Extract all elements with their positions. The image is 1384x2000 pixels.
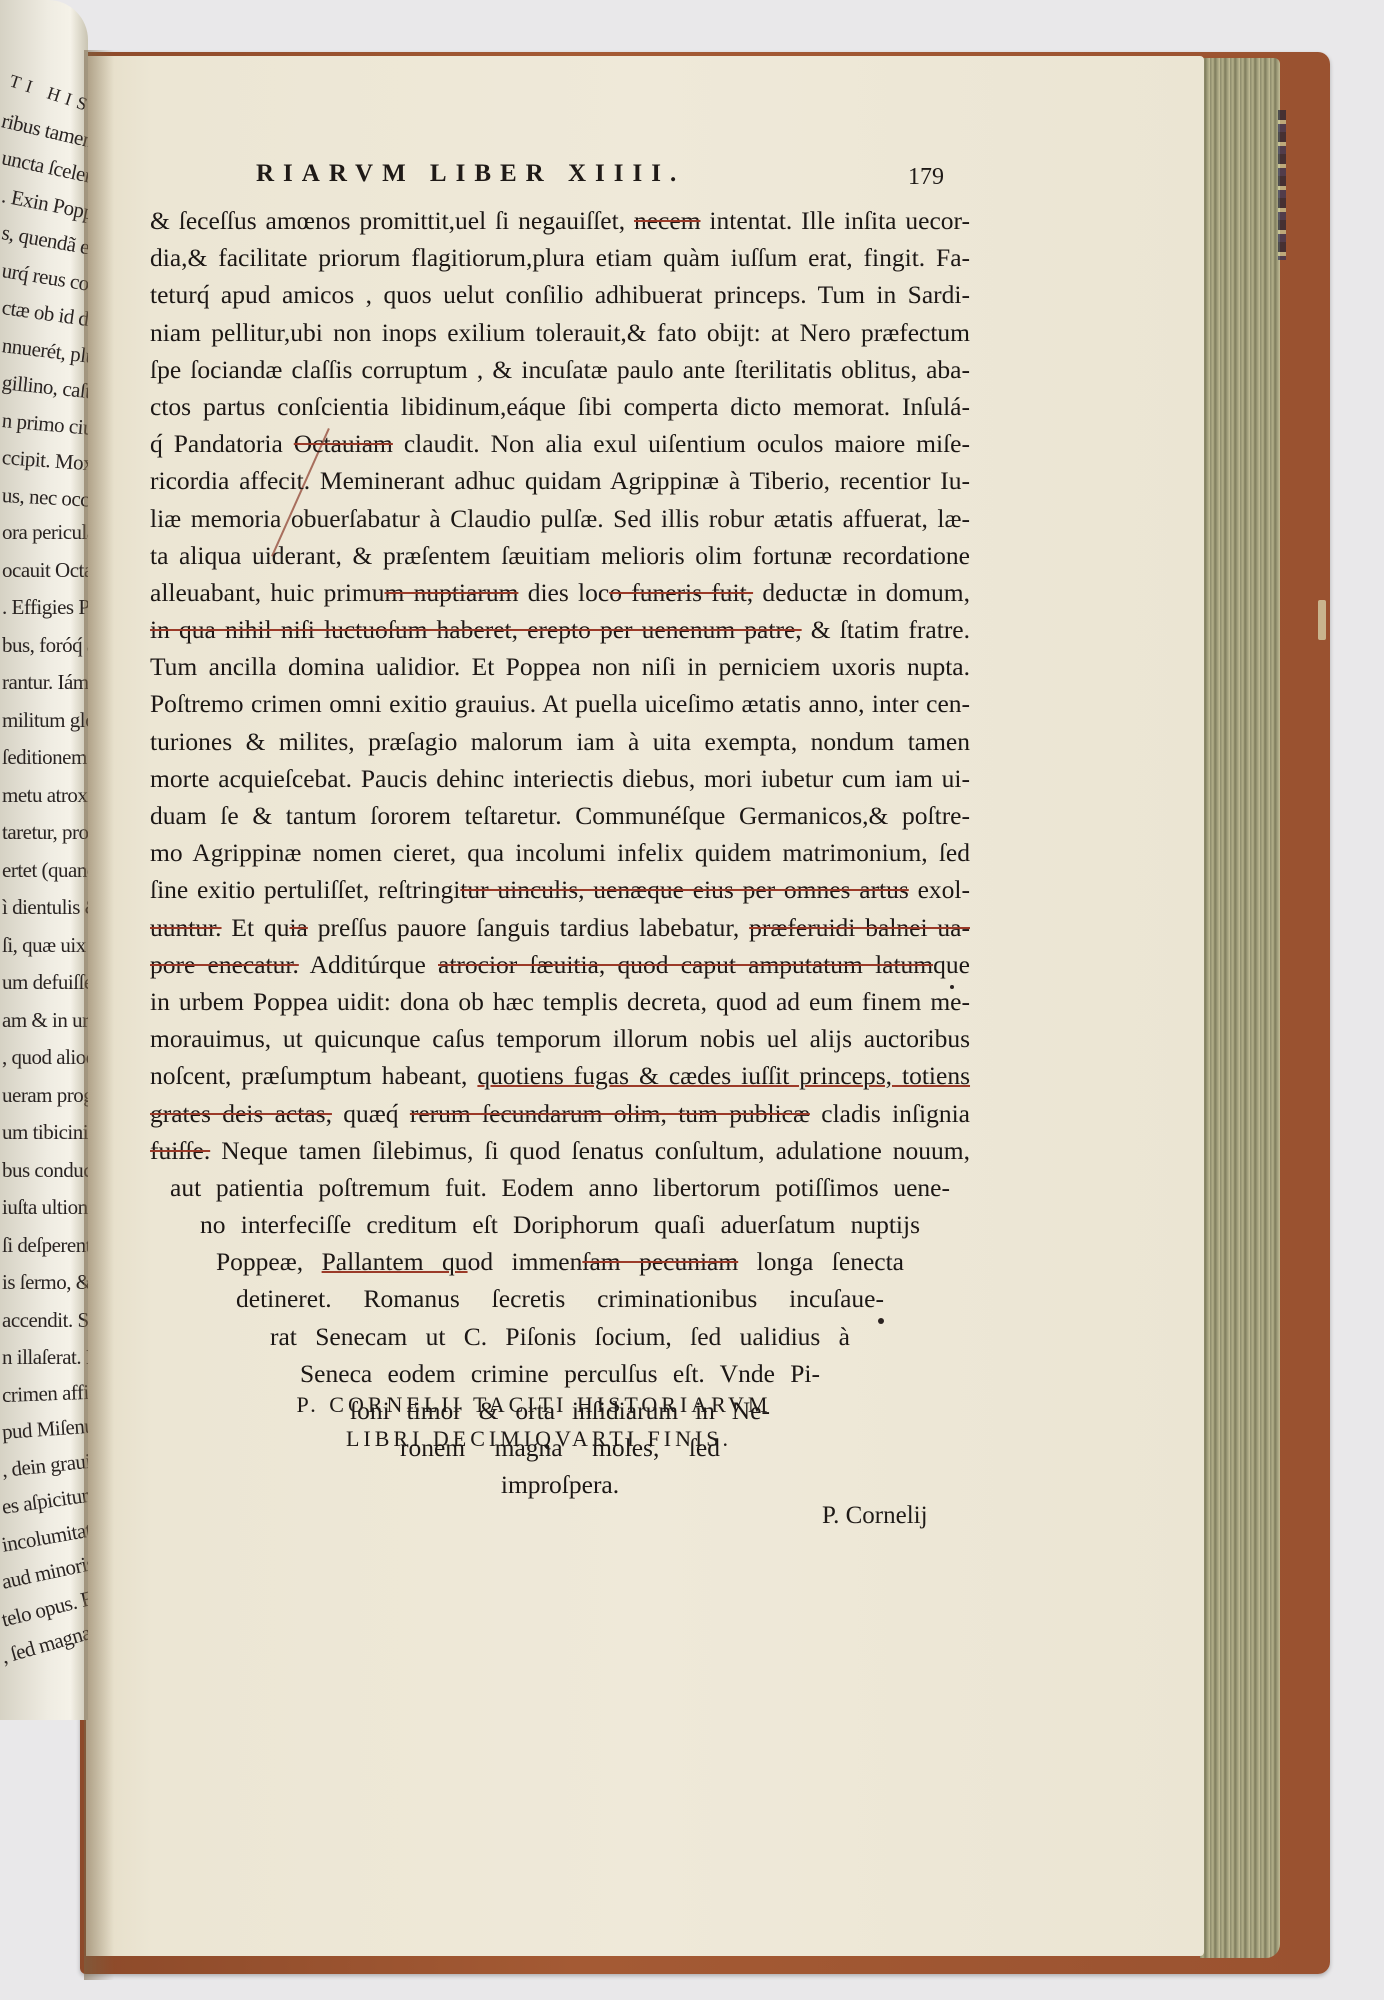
left-page-text-fragment: es aſpicitur. Ig bbox=[0, 1480, 88, 1520]
text-segment: deductæ in domum, bbox=[753, 578, 970, 607]
page-tab bbox=[1318, 600, 1326, 640]
struck-text: grates deis actas, bbox=[150, 1099, 332, 1128]
left-page-text-fragment: bus, foróq́ ac temp bbox=[2, 633, 88, 658]
left-page-text-fragment: iuſta ultione, & m bbox=[2, 1195, 88, 1220]
left-page-text-fragment: . Effigies Poppeæ bbox=[2, 595, 88, 620]
left-page-text-fragment: nnuerét, plures perſi bbox=[0, 333, 88, 377]
text-line: alleuabant, huic primum nuptiarum dies l… bbox=[150, 574, 970, 611]
text-segment: teturq́ apud amicos , quos uelut conſili… bbox=[150, 280, 970, 309]
left-page-text-fragment: ì dientulis & ſeruit bbox=[2, 895, 88, 920]
text-line: morauimus, ut quicunque caſus temporum i… bbox=[150, 1020, 970, 1057]
text-segment: preſſus pauore ſanguis tardius labebatur… bbox=[308, 913, 749, 942]
left-page-text-fragment: rantur. Iámque & bbox=[2, 670, 88, 695]
text-segment: ſine exitio pertuliſſet, reſtringi bbox=[150, 875, 460, 904]
text-segment: & ſtatim fratre. bbox=[802, 615, 970, 644]
text-line: Poſtremo crimen omni exitio grauius. At … bbox=[150, 685, 970, 722]
colophon-line-2: LIBRI DECIMIQVARTI FINIS. bbox=[214, 1422, 854, 1456]
text-line: liæ memoria obuerſabatur à Claudio pulſæ… bbox=[150, 500, 970, 537]
text-line: ſine exitio pertuliſſet, reſtringitur ui… bbox=[150, 871, 970, 908]
struck-text: tur uinculis, uenæque eius per omnes art… bbox=[460, 875, 909, 904]
catchword: P. Cornelij bbox=[822, 1502, 928, 1530]
page-fore-edge bbox=[1200, 58, 1280, 1958]
struck-text: atrocior ſæuitia, quod caput amputatum l… bbox=[438, 950, 933, 979]
left-page-text-fragment: taretur, prouolu bbox=[2, 820, 88, 845]
text-line: q́ Pandatoria Octauiam claudit. Non alia… bbox=[150, 425, 970, 462]
text-line: mo Agrippinæ nomen cieret, qua incolumi … bbox=[150, 834, 970, 871]
text-segment: ricordia affecit. Meminerant adhuc quida… bbox=[150, 466, 970, 495]
text-line: ctos partus conſcientia libidinum,eáque … bbox=[150, 388, 970, 425]
text-segment: mo Agrippinæ nomen cieret, qua incolumi … bbox=[150, 838, 970, 867]
text-segment: & ſeceſſus amœnos promittit,uel ſi negau… bbox=[150, 206, 634, 235]
text-segment: ta aliqua uiderant, & præſentem ſæuitiam… bbox=[150, 541, 970, 570]
text-segment: que bbox=[933, 950, 970, 979]
text-segment: Et qu bbox=[222, 913, 290, 942]
text-segment: no interfeciſſe creditum eſt Doriphorum … bbox=[200, 1210, 920, 1239]
text-line: turiones & milites, præſagio malorum iam… bbox=[150, 723, 970, 760]
text-line: niam pellitur,ubi non inops exilium tole… bbox=[150, 314, 970, 351]
gutter-shadow bbox=[84, 50, 114, 1980]
underlined-text: quotiens fugas & cædes iuſſit princeps, … bbox=[477, 1061, 970, 1090]
left-page-text-fragment: us, nec occulti per u bbox=[1, 483, 88, 516]
left-page-text-fragment: militum globi uer bbox=[2, 708, 88, 733]
left-page-text-fragment: ora pericula ſunt. H bbox=[2, 520, 88, 545]
struck-text: uuntur. bbox=[150, 913, 222, 942]
left-page-text-fragment: gillino, caſtiora eſſe bbox=[1, 370, 88, 411]
text-segment: exol- bbox=[909, 875, 970, 904]
text-line: rat Senecam ut C. Piſonis ſocium, ſed ua… bbox=[270, 1318, 850, 1355]
left-page-text-fragment: n illaſerat. Ergo co bbox=[2, 1345, 88, 1370]
text-segment: morauimus, ut quicunque caſus temporum i… bbox=[150, 1024, 970, 1053]
left-page-text-fragment: ertet (quanquam bbox=[2, 858, 88, 883]
text-line: pore enecatur. Additúrque atrocior ſæuit… bbox=[150, 946, 970, 983]
text-line: ricordia affecit. Meminerant adhuc quida… bbox=[150, 462, 970, 499]
text-segment: duam ſe & tantum ſororem teſtaretur. Com… bbox=[150, 801, 970, 830]
struck-text: m nuptiarum bbox=[385, 578, 519, 607]
running-head: RIARVM LIBER XIIII. bbox=[256, 160, 685, 188]
text-segment: intentat. Ille inſita uecor- bbox=[701, 206, 970, 235]
text-segment: cladis inſignia bbox=[810, 1099, 970, 1128]
text-segment: turiones & milites, præſagio malorum iam… bbox=[150, 727, 970, 756]
text-segment: liæ memoria obuerſabatur à Claudio pulſæ… bbox=[150, 504, 970, 533]
left-page-text-fragment: um defuiſſe, qui bbox=[2, 970, 88, 995]
text-line: ſpe ſociandæ claſſis corruptum , & incuſ… bbox=[150, 351, 970, 388]
struck-text: pore enecatur. bbox=[150, 950, 299, 979]
text-line: Seneca eodem crimine perculſus eſt. Vnde… bbox=[300, 1355, 820, 1392]
text-line: in qua nihil niſi luctuoſum haberet, ere… bbox=[150, 611, 970, 648]
left-page-text-fragment: um tibicinis Ægyp bbox=[2, 1120, 88, 1145]
left-page-text-fragment: metu atrox, ne au bbox=[2, 783, 88, 808]
text-line: noſcent, præſumptum habeant, quotiens fu… bbox=[150, 1057, 970, 1094]
left-page-text-fragment: ſeditionem uertera bbox=[2, 745, 88, 770]
struck-text: rerum ſecundarum olim, tum publicæ bbox=[410, 1099, 810, 1128]
text-segment: morte acquieſcebat. Paucis dehinc interi… bbox=[150, 764, 970, 793]
text-segment: q́ Pandatoria bbox=[150, 429, 294, 458]
text-line: morte acquieſcebat. Paucis dehinc interi… bbox=[150, 760, 970, 797]
left-page-text-fragment: accendit. Sed pa bbox=[2, 1308, 88, 1333]
text-line: detineret. Romanus ſecretis criminationi… bbox=[236, 1280, 884, 1317]
ink-dot bbox=[950, 985, 954, 989]
text-segment: od immen bbox=[468, 1247, 583, 1276]
left-page-text-fragment: bus conducat, libe bbox=[2, 1158, 88, 1183]
text-segment: aut patientia poſtremum fuit. Eodem anno… bbox=[170, 1173, 950, 1202]
text-line: teturq́ apud amicos , quos uelut conſili… bbox=[150, 276, 970, 313]
text-segment: Additúrque bbox=[299, 950, 438, 979]
text-line: improſpera. bbox=[450, 1466, 670, 1503]
text-segment: Poppeæ, bbox=[216, 1247, 322, 1276]
struck-text: ia bbox=[289, 913, 307, 942]
struck-text: o funeris fuit, bbox=[609, 578, 753, 607]
text-segment: alleuabant, huic primu bbox=[150, 578, 385, 607]
text-segment: claudit. Non alia exul uiſentium oculos … bbox=[393, 429, 970, 458]
text-line: fuiſſe. Neque tamen ſilebimus, ſi quod ſ… bbox=[150, 1132, 970, 1169]
text-segment: noſcent, præſumptum habeant, bbox=[150, 1061, 477, 1090]
text-line: Poppeæ, Pallantem quod immenſam pecuniam… bbox=[216, 1243, 904, 1280]
left-page-text-fragment: , quod alioquin fu bbox=[2, 1045, 88, 1070]
text-segment: ctos partus conſcientia libidinum,eáque … bbox=[150, 392, 970, 421]
left-page-text-fragment: ſi, quæ uix bello e bbox=[2, 933, 88, 958]
text-segment: Tum ancilla domina ualidior. Et Poppea n… bbox=[150, 652, 970, 681]
text-segment: rat Senecam ut C. Piſonis ſocium, ſed ua… bbox=[270, 1322, 850, 1351]
text-segment: Poſtremo crimen omni exitio grauius. At … bbox=[150, 689, 970, 718]
text-line: aut patientia poſtremum fuit. Eodem anno… bbox=[170, 1169, 950, 1206]
text-line: uuntur. Et quia preſſus pauore ſanguis t… bbox=[150, 909, 970, 946]
left-page-text-fragment: ueram progenien bbox=[2, 1083, 88, 1108]
text-segment: improſpera. bbox=[501, 1470, 619, 1499]
text-segment: quæq́ bbox=[332, 1099, 410, 1128]
left-page-text-fragment: ocauit Octauiam, bbox=[2, 558, 88, 583]
ink-dot bbox=[878, 1318, 884, 1324]
colophon: P. CORNELII TACITI HISTORIARVM LIBRI DEC… bbox=[214, 1388, 854, 1456]
text-segment: Seneca eodem crimine perculſus eſt. Vnde… bbox=[300, 1359, 820, 1388]
struck-text: ſam pecuniam bbox=[582, 1247, 738, 1276]
struck-text: fuiſſe. bbox=[150, 1136, 210, 1165]
left-page: TI HISTOribus tamen habituuncta ſcelerum… bbox=[0, 0, 88, 1720]
text-line: Tum ancilla domina ualidior. Et Poppea n… bbox=[150, 648, 970, 685]
text-line: in urbem Poppea uidit: dona ob hæc templ… bbox=[150, 983, 970, 1020]
headband bbox=[1278, 110, 1286, 260]
struck-text: necem bbox=[634, 206, 701, 235]
struck-text: in qua nihil niſi luctuoſum haberet, ere… bbox=[150, 615, 802, 644]
left-page-text-fragment: ccipit. Mox in Cam bbox=[1, 445, 88, 481]
text-segment: dies loc bbox=[518, 578, 609, 607]
text-line: ta aliqua uiderant, & præſentem ſæuitiam… bbox=[150, 537, 970, 574]
text-segment: detineret. Romanus ſecretis criminationi… bbox=[236, 1284, 884, 1313]
left-page-text-fragment: , dein grauiore o bbox=[1, 1444, 88, 1482]
left-page-text-fragment: am & in urbem ip bbox=[2, 1008, 88, 1033]
text-line: & ſeceſſus amœnos promittit,uel ſi negau… bbox=[150, 202, 970, 239]
text-line: no interfeciſſe creditum eſt Doriphorum … bbox=[200, 1206, 920, 1243]
left-page-text-fragment: crimen affingeretur bbox=[2, 1377, 88, 1407]
text-line: dia,& facilitate priorum flagitiorum,plu… bbox=[150, 239, 970, 276]
text-line: duam ſe & tantum ſororem teſtaretur. Com… bbox=[150, 797, 970, 834]
colophon-line-1: P. CORNELII TACITI HISTORIARVM bbox=[214, 1388, 854, 1422]
left-page-text-fragment: ſi deſperent uxore bbox=[2, 1233, 88, 1258]
struck-text: præferuidi balnei ua- bbox=[749, 913, 970, 942]
struck-text: Octauiam bbox=[294, 429, 393, 458]
body-text: & ſeceſſus amœnos promittit,uel ſi negau… bbox=[150, 202, 970, 1504]
text-line: grates deis actas, quæq́ rerum ſecundaru… bbox=[150, 1095, 970, 1132]
page-number: 179 bbox=[908, 164, 944, 191]
text-segment: dia,& facilitate priorum flagitiorum,plu… bbox=[150, 243, 970, 272]
text-segment: in urbem Poppea uidit: dona ob hæc templ… bbox=[150, 987, 970, 1016]
text-segment: longa ſenecta bbox=[738, 1247, 904, 1276]
left-page-text-fragment: pud Miſenum, ut bbox=[1, 1411, 88, 1445]
text-segment: niam pellitur,ubi non inops exilium tole… bbox=[150, 318, 970, 347]
left-page-text-fragment: n primo ciuilis diſſid bbox=[1, 408, 88, 447]
underlined-text: Pallantem qu bbox=[322, 1247, 468, 1276]
text-segment: Neque tamen ſilebimus, ſi quod ſenatus c… bbox=[210, 1136, 970, 1165]
text-segment: ſpe ſociandæ claſſis corruptum , & incuſ… bbox=[150, 355, 970, 384]
left-page-text-fragment: is ſermo, & ad me bbox=[2, 1270, 88, 1295]
